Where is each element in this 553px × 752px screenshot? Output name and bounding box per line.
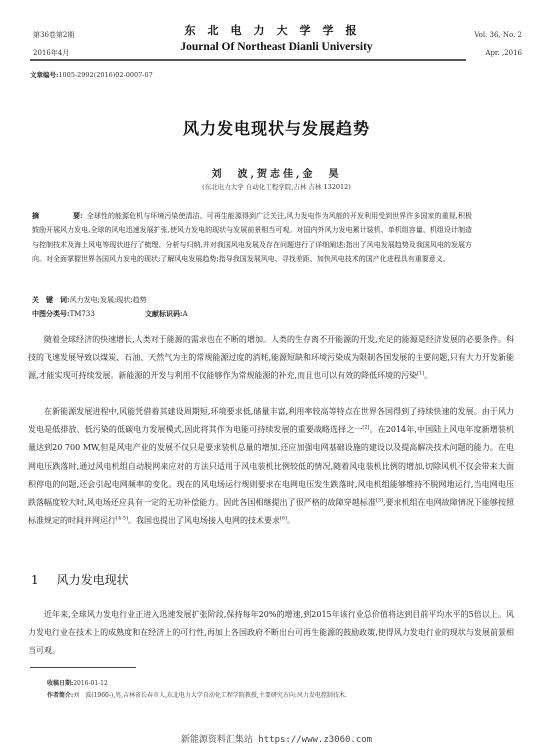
- doc-code-value: A: [183, 310, 188, 318]
- paragraph-intro-2: 在新能源发展进程中,风能凭借着其建设周期短,环境要求低,储量丰富,利用率较高等特…: [28, 403, 514, 530]
- abstract-label-b: 要:: [73, 211, 83, 220]
- paragraph-intro-1: 随着全球经济的快速增长,人类对于能源的需求也在不断的增加。人类的生存离不开能源的…: [28, 331, 514, 386]
- footnote-received: 收稿日期:2016-01-12: [47, 678, 108, 687]
- punct: 。: [424, 371, 432, 380]
- abstract-label-a: 摘: [32, 211, 39, 220]
- journal-title-en: Journal Of Northeast Dianli University: [0, 41, 553, 53]
- paper-title: 风力发电现状与发展趋势: [0, 116, 553, 139]
- paragraph-text: 近年来,全球风力发电行业正进入迅速发展扩张阶段,保持每年20%的增速,到2015…: [28, 610, 514, 655]
- article-number: 文章编号:1005-2992(2016)02-0007-07: [30, 70, 153, 79]
- paragraph-section-1: 近年来,全球风力发电行业正进入迅速发展扩张阶段,保持每年20%的增速,到2015…: [28, 606, 514, 661]
- date-en: Apr. ,2016: [474, 44, 522, 62]
- author-bio-label: 作者简介:: [47, 692, 73, 699]
- clc-label: 中图分类号:: [32, 309, 70, 318]
- paragraph-text: 。我国也提出了风电场接入电网的技术要求: [128, 516, 280, 525]
- author-bio-value: 刘 波(1960-),男,吉林省长春市人,东北电力大学自动化工程学院教授,主要研…: [73, 692, 347, 699]
- clc-value: TM733: [70, 310, 95, 318]
- citation-3: [3]: [376, 497, 383, 503]
- section-number: 1: [31, 573, 39, 587]
- paragraph-text: 随着全球经济的快速增长,人类对于能源的需求也在不断的增加。人类的生存离不开能源的…: [28, 335, 514, 380]
- received-value: 2016-01-12: [73, 680, 108, 687]
- classification: 中图分类号:TM733 文献标识码:A: [32, 309, 188, 319]
- paragraph-text: 。在2014年,中国陆上风电年度新增装机量达到20 700 MW,但是风电产业的…: [28, 425, 514, 507]
- citation-2: [2]: [362, 425, 369, 431]
- section-title: 风力发电现状: [57, 573, 129, 587]
- citation-6: [6]: [280, 516, 287, 522]
- punct: 。: [287, 516, 295, 525]
- header-divider: [30, 59, 466, 61]
- article-number-label: 文章编号:: [30, 71, 58, 79]
- affiliation: (东北电力大学 自动化工程学院,吉林 吉林 132012): [0, 182, 553, 191]
- abstract-text: 全球性的能源危机与环境污染使清洁、可再生能源得到广泛关注,风力发电作为风能的开发…: [32, 212, 472, 263]
- journal-title-cn: 东北电力大学学报: [0, 22, 553, 38]
- header-right: Vol. 36, No. 2 Apr. ,2016: [474, 26, 522, 62]
- received-label: 收稿日期:: [47, 680, 73, 687]
- footnote-divider: [30, 667, 136, 668]
- volume-en: Vol. 36, No. 2: [474, 26, 522, 44]
- watermark: 新能源资料汇集站 https://www.z3060.com: [0, 732, 553, 745]
- journal-masthead: 东北电力大学学报 Journal Of Northeast Dianli Uni…: [0, 22, 553, 53]
- keywords-value: 风力发电;发展;现状;趋势: [70, 296, 147, 304]
- citation-4-5: [4-5]: [116, 516, 128, 522]
- keywords-label: 关 键 词:: [32, 295, 70, 304]
- abstract: 摘要:全球性的能源危机与环境污染使清洁、可再生能源得到广泛关注,风力发电作为风能…: [32, 209, 472, 266]
- footnote-author: 作者简介:刘 波(1960-),男,吉林省长春市人,东北电力大学自动化工程学院教…: [47, 690, 347, 699]
- doc-code-label: 文献标识码:: [145, 309, 183, 318]
- article-number-value: 1005-2992(2016)02-0007-07: [58, 71, 152, 79]
- authors: 刘 波,贺志佳,金 昊: [0, 165, 553, 180]
- section-heading-1: 1风力发电现状: [31, 571, 129, 588]
- keywords: 关 键 词:风力发电;发展;现状;趋势: [32, 295, 147, 305]
